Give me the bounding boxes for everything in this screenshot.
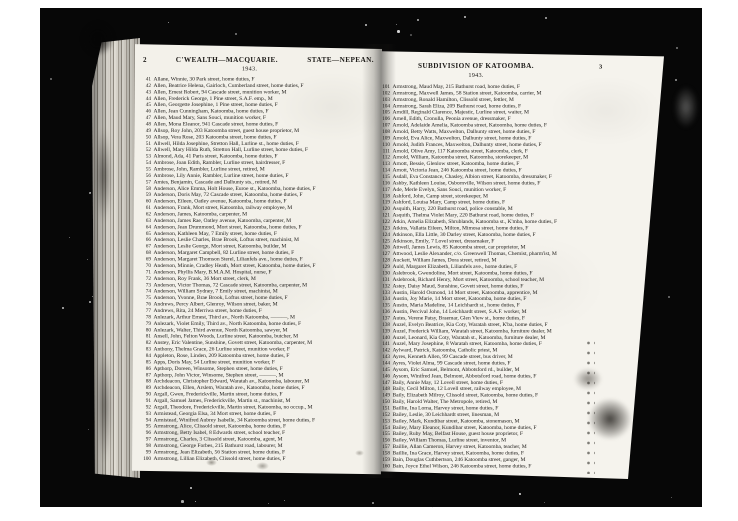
entry-text: Allen, Mona Eleanor, 941 Cascade street,… — [154, 121, 279, 127]
entry-text: Anderson, Margaret Campbell, 82 Lurline … — [154, 250, 295, 256]
entry-text: Allane, Winnie, 30 Park street, home dut… — [154, 76, 255, 82]
entry-text: Allen, Frederick George, 1 Pine street, … — [154, 95, 273, 101]
entry-text: Anthony, Thelma Grace, 26 Lurline street… — [154, 346, 290, 352]
film-speckle — [675, 79, 677, 81]
entry-text: Anderson, Yvonne, Brae Brook, Loftus str… — [154, 295, 288, 301]
film-speckle — [90, 192, 91, 193]
entry-text: Anderson, William Sydney, 7 Emily street… — [154, 288, 278, 294]
entry-text: Arnold, Olive Amy, 117 Katoomba street, … — [393, 148, 528, 154]
right-header-title: SUBDIVISION OF KATOOMBA. — [376, 62, 576, 71]
right-page-number: 3 — [599, 63, 602, 71]
film-speckle — [50, 78, 52, 80]
entry-text: Ashford, Louisa Mary, Camp street, home … — [393, 199, 506, 205]
entry-text: Arndill, Reginald Clarence, Majestic, Lu… — [393, 109, 529, 115]
entry-text: Armstrong, Lillian Elizabeth, Clissold s… — [154, 455, 286, 461]
entry-text: Argall, Samuel James, Frederickville, Ma… — [154, 397, 291, 403]
entry-text: Asquith, Thelma Violet Mary, 220 Bathurs… — [393, 212, 534, 218]
entry-text: Aysom, Winifred Jean, Belmont, Abbotsfor… — [393, 373, 537, 379]
entry-text: Andrews, Rita, 24 Merriwa street, home d… — [154, 307, 262, 313]
entry-text: Anderson, James Rae, Oatley avenue, Kato… — [154, 217, 292, 223]
entry-text: Apps, Doris May, 54 Lurline street, muni… — [154, 359, 275, 365]
entry-text: Auzel, Evelyn Beatrice, Kia Coty, Warata… — [393, 321, 548, 327]
entry-text: Allen, Georgette Josephine, 1 Pine stree… — [154, 102, 278, 108]
entry-text: Apthorp, John Victor, Winsome, Stephen s… — [154, 372, 284, 378]
entry-text: Anderson, Victor Thomas, 72 Cascade stre… — [154, 282, 308, 288]
entry-text: Attwood, Leslie Alexander, c/o. Greenwel… — [393, 251, 557, 257]
left-year: 1943. — [132, 65, 367, 73]
entry-text: Anderson, Frank, Mort street, Katoomba, … — [154, 205, 293, 211]
left-header-title: C'WEALTH—MACQUARIE. — [176, 56, 278, 65]
film-speckle — [88, 429, 89, 430]
entry-text: Austin, Joy Marie, 14 Mort street, Katoo… — [393, 296, 527, 302]
entry-text: Baily, Elizabeth Milroy, Clissold street… — [393, 392, 539, 398]
film-speckle — [544, 502, 545, 503]
entry-text: Argall, Theodore, Frederickville, Martin… — [154, 404, 313, 410]
film-speckle — [417, 19, 419, 21]
film-speckle — [69, 237, 70, 238]
entry-text: Auzel, Frederick William, Waratah street… — [393, 328, 552, 334]
right-page-content: SUBDIVISION OF KATOOMBA. 3 1943. 101Arms… — [376, 62, 664, 469]
entry-text: Ayres, Kenneth Allen, 99 Cascade street,… — [393, 354, 513, 360]
entry-text: Anderson, Jean Drummond, Mort street, Ka… — [154, 224, 302, 230]
entry-text: Argall, Gwen, Frederickville, Martin str… — [154, 391, 283, 397]
entry-text: Bain, Douglas Cuthbertson, 246 Katoomba … — [393, 456, 526, 462]
entry-text: Allsop, Roy John, 203 Katoomba street, g… — [154, 127, 300, 133]
entry-text: Austin, Maria Madeline, 14 Leichhardt st… — [393, 302, 520, 308]
entry-text: Bailey, Mark, Kundibar street, Katoomba,… — [393, 418, 520, 424]
film-speckle — [268, 503, 269, 504]
entry-number: 160 — [377, 463, 390, 469]
entry-text: Bailey, Mary Eleanor, Kundibar street, K… — [393, 424, 537, 430]
entry-text: Aylward, Patrick, Katoomba, Catholic pri… — [393, 347, 498, 353]
entry-text: Ambrose, Joan Edith, Rambler, Lurline st… — [154, 160, 286, 166]
entry-text: Arnell, Edith, Cronulla, Peonia avenue, … — [393, 116, 511, 122]
left-page-number: 2 — [143, 57, 147, 65]
left-entry-list: 41Allane, Winnie, 30 Park street, home d… — [138, 76, 382, 462]
film-speckle — [396, 24, 397, 25]
entry-number: 100 — [138, 456, 151, 462]
film-speckle — [89, 301, 91, 303]
entry-text: Anderson, Eileen, Oatley avenue, Katoomb… — [154, 198, 287, 204]
entry-text: Armistead, Winifred Aubrey Isabelle, 34 … — [154, 417, 316, 423]
entry-text: Anderson, Roy Frank, 36 Mort street, cle… — [154, 275, 256, 281]
entry-text: Ade, Merle Evelyn, Sans Souci, munition … — [393, 186, 507, 192]
entry-text: Armstrong, Jean Elizabeth, 56 Station st… — [154, 449, 286, 455]
entry-text: Armstrong, Maud May, 215 Bathurst road, … — [393, 84, 520, 90]
entry-text: Baillie, Ina Grace, Harvey street, Katoo… — [393, 450, 524, 456]
entry-text: Auzel, Mary Josephine, 8 Waratah street,… — [393, 341, 542, 347]
entry-text: Anderson, Kathleen May, 7 Emily street, … — [154, 230, 277, 236]
entry-text: Atkin, Amelia Elizabeth, Shrublands, Kat… — [393, 219, 558, 225]
entry-text: Apthorp, Doreen, Winsome, Stephen street… — [154, 365, 283, 371]
entry-text: Baily, Cecil Milton, 12 Lovell street, r… — [393, 386, 521, 392]
film-speckle — [668, 296, 670, 298]
entry-text: Baily, Annie May, 12 Lovell street, home… — [393, 379, 504, 385]
entry-text: Allen, Maud Mary, Sans Souci, munition w… — [154, 115, 266, 121]
left-page-header: 2 C'WEALTH—MACQUARIE. STATE—NEPEAN. — [143, 56, 374, 65]
film-speckle — [545, 17, 547, 19]
entry-text: Anderson, Alice Emma, Holt House, Euroe … — [154, 185, 316, 191]
entry-text: Ashford, John, Camp street, storekeeper,… — [393, 193, 488, 199]
entry-text: Allen, Jean Cunningham, Katoomba, home d… — [154, 108, 269, 114]
entry-text: Anlezark, Arthur Ernest, Third av., Nort… — [154, 314, 295, 320]
entry-text: Anderson, Margaret Thomson Sterel, Lilia… — [154, 256, 303, 262]
entry-text: Anderson, Leslie Charles, Brae Brook, Lo… — [154, 237, 299, 243]
entry-text: Armstrong, Betty Isabel, 8 Edwards stree… — [154, 430, 286, 436]
film-speckle — [365, 24, 367, 26]
entry-text: Armstrong, George Forbes, 215 Bathurst r… — [154, 442, 283, 448]
entry-text: Ambrose, John, Rambler, Lurline street, … — [154, 166, 265, 172]
entry-text: Bain, Joyce Ethel Wilson, 246 Katoomba s… — [393, 463, 532, 469]
film-speckle — [464, 16, 466, 18]
entry-text: Arnold, Judith Frances, Maxwelton, Dalhu… — [393, 141, 542, 147]
entry-text: Auld, Margaret Elizabeth, Lilianfels ave… — [393, 264, 518, 270]
entry-text: Andrews, Percy Albert, Glenroy, Wilson s… — [154, 301, 278, 307]
entry-text: Astey, Daisy Maud, Sunshine, Govett stre… — [393, 283, 524, 289]
entry-text: Ashby, Kathleen Louise, Osbornville, Wil… — [393, 180, 541, 186]
film-speckle — [519, 493, 520, 494]
film-speckle — [519, 493, 521, 495]
entry-text: Archdeacon, Ellen, Arslem, Waratah ave.,… — [154, 385, 305, 391]
entry-text: Atkinson, Ella Little, 30 Darley street,… — [393, 231, 536, 237]
entry-text: Asdall, Eva Constance, Chasley, Albion s… — [393, 174, 552, 180]
film-speckle — [190, 487, 192, 489]
right-entry-list: 101Armstrong, Maud May, 215 Bathurst roa… — [377, 84, 664, 470]
entry-text: Anderson, Phyllis Mary, B.M.A.M. Hospita… — [154, 269, 272, 275]
directory-entry: 160Bain, Joyce Ethel Wilson, 246 Katoomb… — [377, 463, 664, 469]
film-speckle — [168, 22, 169, 23]
entry-text: Ambrose, Lily Annie, Rambler, Lurline st… — [154, 172, 289, 178]
entry-text: Aysom, Eric Samuel, Belmont, Abbotsford … — [393, 366, 520, 372]
entry-text: Armstrong, Sarah Eliza, 209 Bathurst roa… — [393, 103, 522, 109]
entry-text: Allwell, Hilda Josephine, Stretton Hall,… — [154, 140, 299, 146]
film-speckle — [410, 34, 412, 36]
entry-text: Ansell, John, Felton Woods, Lurline stre… — [154, 333, 299, 339]
entry-text: Anlezark, Walter, Third avenue, North Ka… — [154, 327, 288, 333]
entry-text: Auckett, William James, Dora street, ret… — [393, 257, 497, 263]
entry-text: Arnold, Adelaide Amelia, Katoomba street… — [393, 122, 547, 128]
entry-text: Baillie, Allan Cameron, Harvey street, K… — [393, 444, 527, 450]
entry-text: Anstey, Eric Valentine, Sunshine, Govett… — [154, 340, 313, 346]
entry-text: Aslebrook, Gwendoline, Mort street, Kato… — [393, 270, 533, 276]
entry-text: Allwell, Mary Hilda Ruth, Stretton Hall,… — [154, 147, 308, 153]
directory-entry: 100Armstrong, Lillian Elizabeth, Clissol… — [138, 455, 382, 461]
entry-text: Autes, Verene Patsy, Braemar, Glen View … — [393, 315, 525, 321]
entry-text: Bailey, William Thomas, Lurline street, … — [393, 437, 507, 443]
film-speckle — [89, 192, 91, 194]
entry-text: Amies, Benjamin, Cascade and Dalhunty st… — [154, 179, 277, 185]
entry-text: Baily, Harold Walter, The Metropole, ret… — [393, 399, 498, 405]
entry-text: Arnott, Bessie, Glenlow street, Katoomba… — [393, 161, 520, 167]
entry-text: Bailey, Leslie, 30 Leichhardt street, li… — [393, 411, 500, 417]
entry-text: Bailey, Ruby May, Belfast House, guest h… — [393, 431, 523, 437]
film-speckle — [92, 296, 93, 297]
film-speckle — [676, 47, 678, 49]
film-speckle — [87, 259, 88, 260]
entry-text: Atkins, Vallatta Eileen, Milton, Mimosa … — [393, 225, 529, 231]
entry-text: Ayres, Violet Alma, 99 Cascade street, h… — [393, 360, 511, 366]
entry-text: Anderson, James, Katoomba, carpenter, M — [154, 211, 248, 217]
entry-text: Austin, Percival John, 14 Leichhardt str… — [393, 309, 527, 315]
entry-text: Austin, Harold Osmond, 14 Mort street, K… — [393, 289, 538, 295]
entry-text: Allen, Beatrice Helena, Gairloch, Cumber… — [154, 82, 304, 88]
film-speckle — [235, 33, 237, 35]
film-speckle — [671, 497, 672, 498]
film-speckle — [284, 500, 285, 501]
entry-text: Anderson, Minnie, Cradley Heath, Mort st… — [154, 262, 316, 268]
entry-text: Auzel, Leonard, Kia Coty, Waratah st., K… — [393, 334, 546, 340]
film-speckle — [397, 30, 400, 33]
left-page-content: 2 C'WEALTH—MACQUARIE. STATE—NEPEAN. 1943… — [132, 56, 382, 462]
entry-text: Armstrong, Charles, 3 Clissold street, K… — [154, 436, 283, 442]
entry-text: Arnold, Eva Alice, Maxwelton, Dalhunty s… — [393, 135, 532, 141]
entry-text: Armstrong, Alice, Clissold street, Katoo… — [154, 423, 287, 429]
entry-text: Allen, Ernest Robert, 94 Cascade street,… — [154, 89, 287, 95]
film-speckle — [62, 307, 64, 309]
entry-text: Armistead, Georgia Elsa, 34 Mort street,… — [154, 410, 277, 416]
film-speckle — [195, 501, 196, 502]
entry-text: Arnott, Victoria Jean, 246 Katoomba stre… — [393, 167, 522, 173]
right-year: 1943. — [376, 72, 576, 80]
entry-text: Asquith, Harry, 220 Bathurst road, polic… — [393, 206, 513, 212]
right-page-header: SUBDIVISION OF KATOOMBA. 3 — [376, 62, 664, 71]
entry-text: Anderson, Doris May, 72 Cascade street, … — [154, 192, 303, 198]
entry-text: Atkinson, Emily, 7 Lovel street, dressma… — [393, 238, 495, 244]
right-page: SUBDIVISION OF KATOOMBA. 3 1943. 101Arms… — [376, 46, 664, 479]
entry-text: Aslebrook, Richard Henry, Mort street, K… — [393, 276, 545, 282]
entry-text: Anlezark, Violet Emily, Third av., North… — [154, 320, 302, 326]
entry-text: Attwell, James Lewis, 85 Katoomba street… — [393, 244, 526, 250]
entry-text: Allsop, Vera Rose, 203 Katoomba street, … — [154, 134, 277, 140]
film-speckle — [372, 502, 374, 504]
left-page: 2 C'WEALTH—MACQUARIE. STATE—NEPEAN. 1943… — [132, 42, 382, 476]
entry-text: Archdeacon, Christopher Edward, Waratah … — [154, 378, 310, 384]
left-header-state: STATE—NEPEAN. — [307, 56, 374, 65]
film-speckle — [181, 500, 184, 503]
film-speckle — [432, 507, 433, 508]
entry-text: Arnold, Betty Watts, Maxwelton, Dalhunty… — [393, 129, 536, 135]
scanned-book-photo: { "book": { "page_left": { "page_number"… — [0, 0, 738, 521]
entry-text: Baillie, Ina Lorna, Harvey street, home … — [393, 405, 499, 411]
entry-text: Armstrong, Ronald Hamilton, Clissold str… — [393, 96, 514, 102]
entry-text: Anderson, Leslie George, Mort street, Ka… — [154, 243, 287, 249]
entry-text: Almond, Ada, 41 Paris street, Katoomba, … — [154, 153, 278, 159]
entry-text: Arnold, William, Katoomba street, Katoom… — [393, 154, 529, 160]
entry-text: Appleton, Rose, Linden, 209 Katoomba str… — [154, 352, 290, 358]
entry-text: Armstrong, Maxwell James, 58 Station str… — [393, 90, 542, 96]
